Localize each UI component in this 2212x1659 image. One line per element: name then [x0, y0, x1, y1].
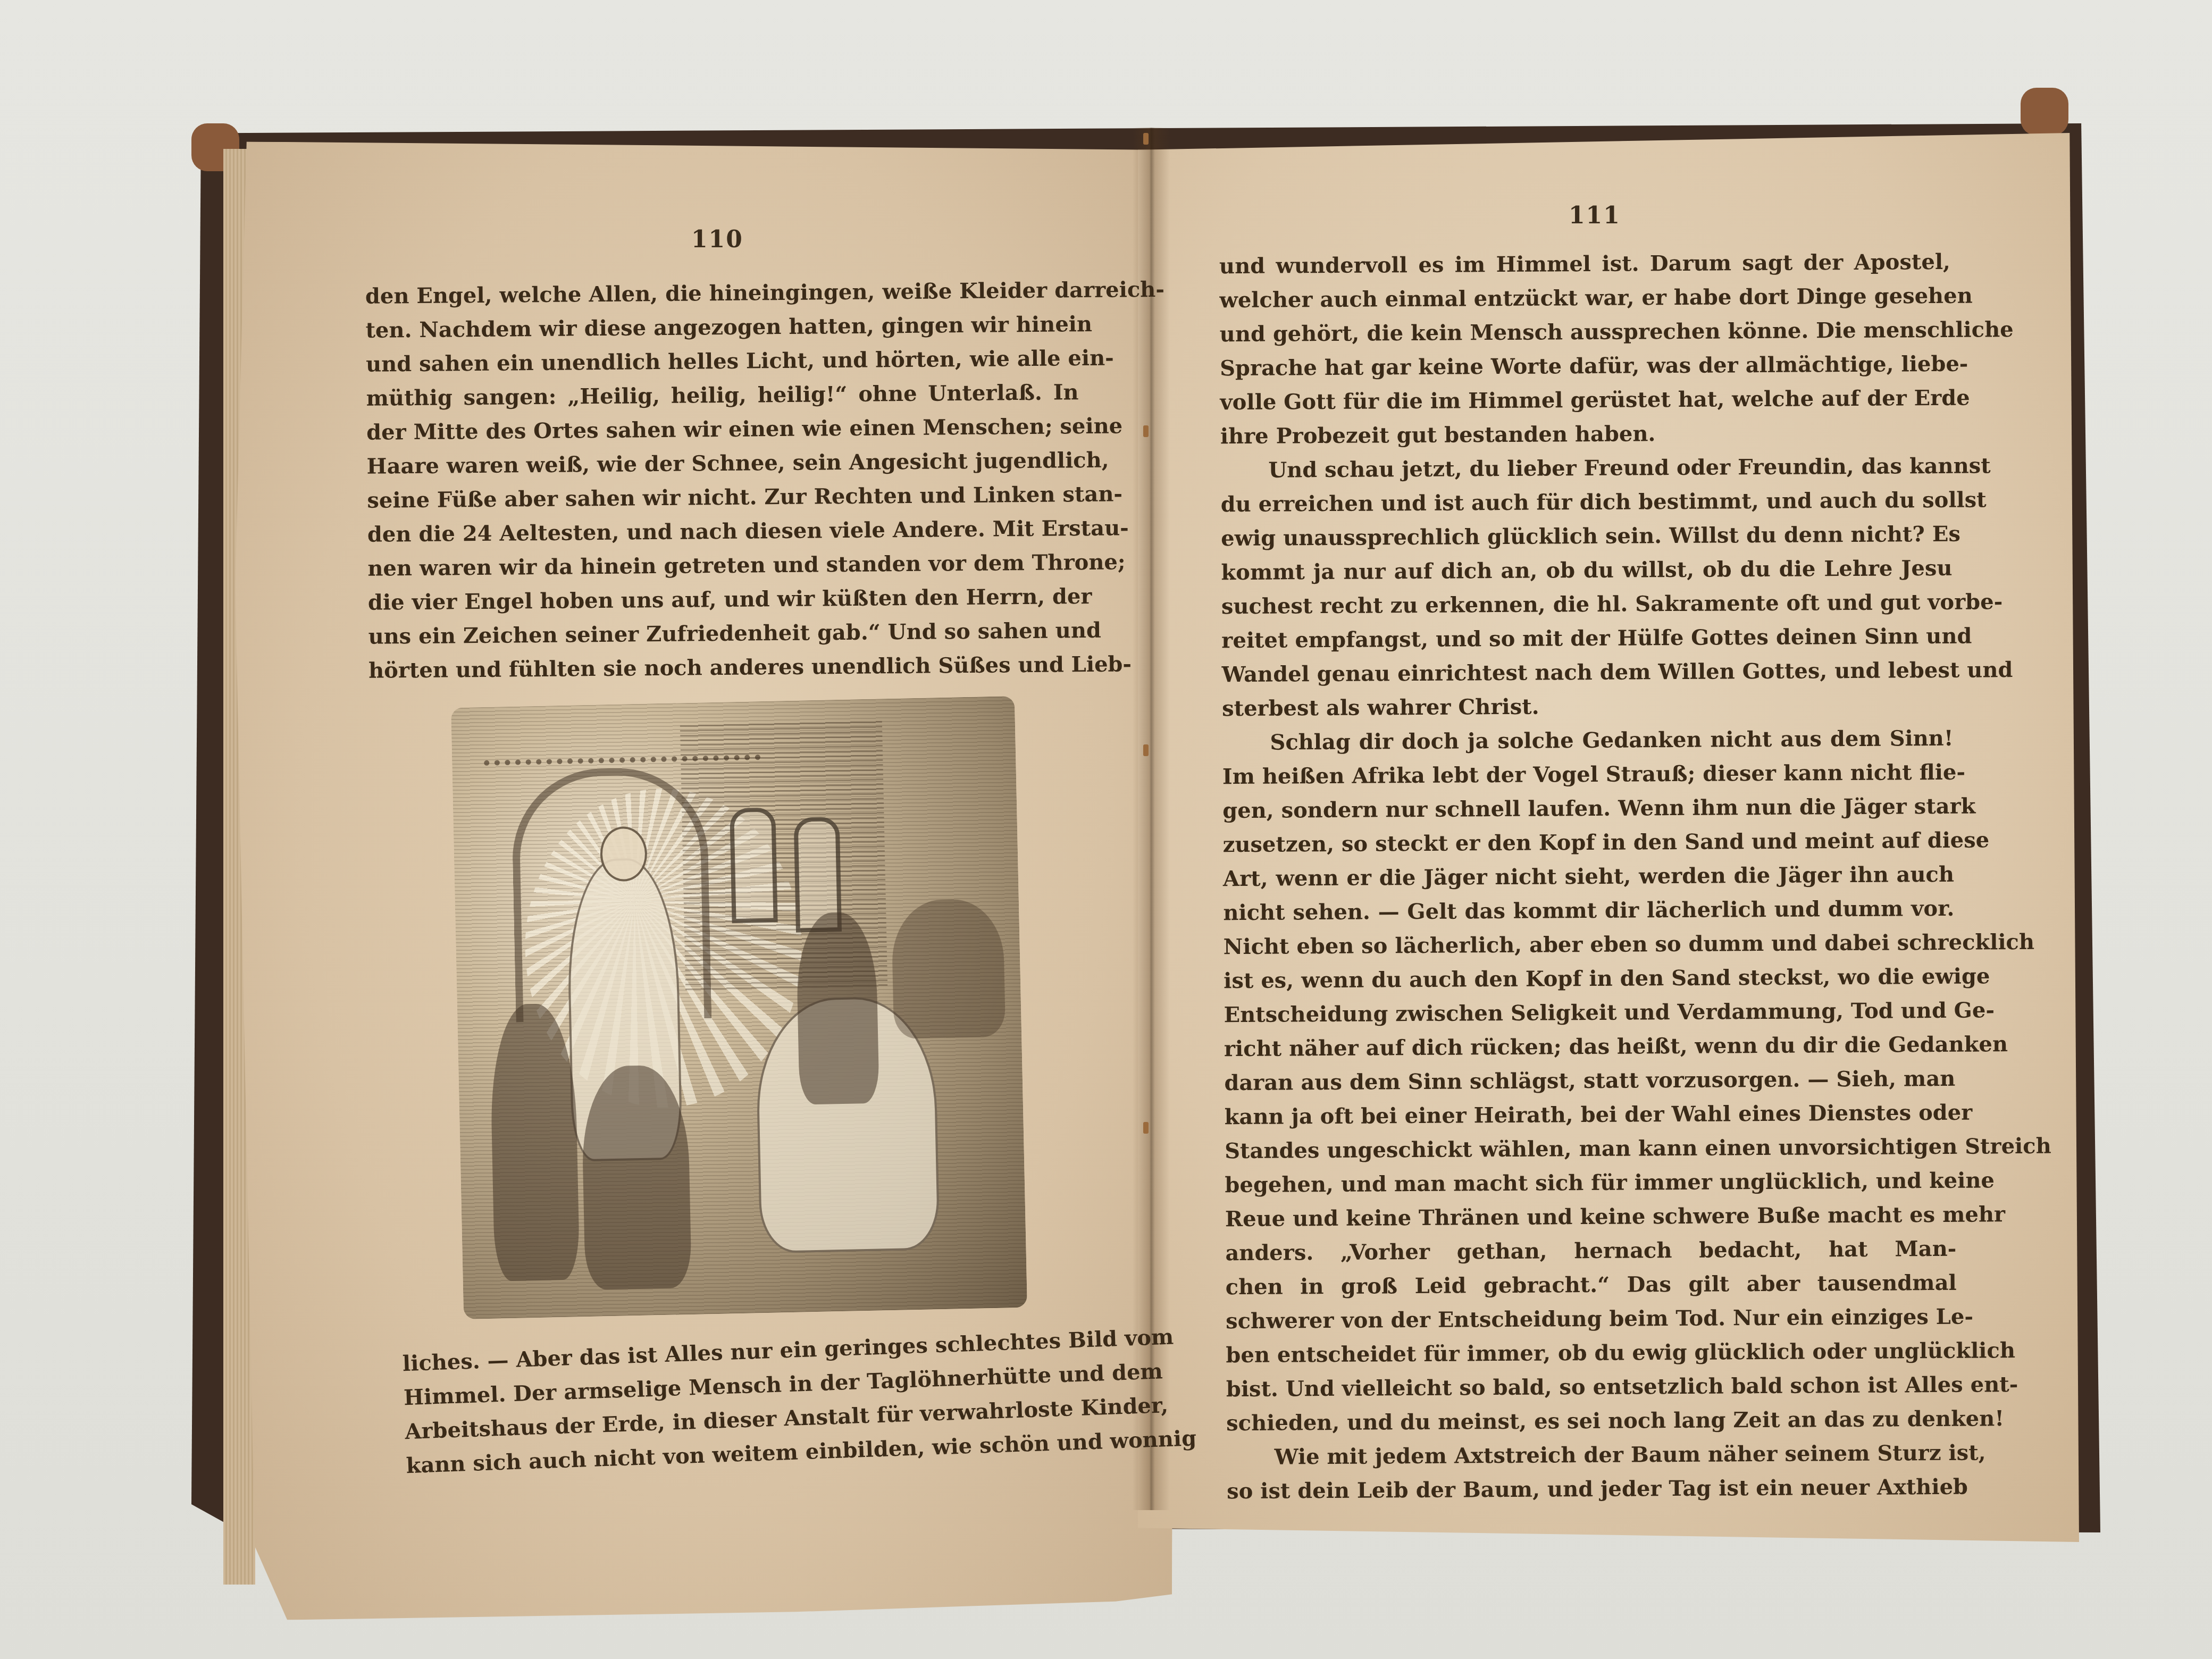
text-line: anders. „Vorher gethan, hernach bedacht,…	[1225, 1232, 1956, 1270]
text-line: Haare waren weiß, wie der Schnee, sein A…	[366, 443, 1079, 484]
text-line: Im heißen Afrika lebt der Vogel Strauß; …	[1222, 756, 1954, 794]
text-line: den Engel, welche Allen, die hineinginge…	[365, 273, 1078, 314]
window	[730, 807, 778, 923]
text-line: Reue und keine Thränen und keine schwere…	[1225, 1198, 1956, 1236]
text-line: bist. Und vielleicht so bald, so entsetz…	[1226, 1368, 1957, 1406]
text-line: du erreichen und ist auch für dich besti…	[1221, 483, 1952, 522]
text-line: Wandel genau einrichtest nach dem Willen…	[1221, 653, 1953, 692]
text-line: begehen, und man macht sich für immer un…	[1225, 1164, 1956, 1202]
text-line: seine Füße aber sahen wir nicht. Zur Rec…	[367, 477, 1080, 518]
text-line: richt näher auf dich rücken; das heißt, …	[1224, 1028, 1955, 1066]
text-line: ist es, wenn du auch den Kopf in den San…	[1224, 960, 1955, 998]
text-line: Wie mit jedem Axtstreich der Baum näher …	[1226, 1436, 1957, 1474]
left-page-text-bottom: liches. — Aber das ist Alles nur ein ger…	[402, 1322, 1113, 1483]
page-number-left: 110	[691, 226, 743, 253]
text-line: den die 24 Aeltesten, und nach diesen vi…	[367, 512, 1080, 552]
text-line: Art, wenn er die Jäger nicht sieht, werd…	[1223, 858, 1954, 896]
binding-stitch	[1143, 425, 1149, 437]
text-line: kann ja oft bei einer Heirath, bei der W…	[1225, 1096, 1956, 1134]
engraving-illustration	[451, 696, 1027, 1319]
text-line: ewig unaussprechlich glücklich sein. Wil…	[1221, 517, 1952, 556]
text-line: kommt ja nur auf dich an, ob du willst, …	[1221, 551, 1952, 590]
cover-corner-top-right	[2021, 88, 2068, 136]
text-line: hörten und fühlten sie noch anderes unen…	[368, 648, 1082, 688]
text-line: der Mitte des Ortes sahen wir einen wie …	[366, 409, 1079, 450]
text-line: Und schau jetzt, du lieber Freund oder F…	[1220, 449, 1951, 488]
standing-woman	[795, 912, 879, 1105]
binding-stitch	[1143, 1122, 1149, 1134]
text-line: so ist dein Leib der Baum, und jeder Tag…	[1227, 1470, 1958, 1509]
text-line: müthig sangen: „Heilig, heilig, heilig!“…	[366, 375, 1079, 416]
text-line: schwerer von der Entscheidung beim Tod. …	[1226, 1300, 1957, 1338]
text-line: Standes ungeschickt wählen, man kann ein…	[1225, 1130, 1956, 1168]
text-line: sterbest als wahrer Christ.	[1222, 688, 1953, 726]
text-line: und wundervoll es im Himmel ist. Darum s…	[1219, 245, 1950, 283]
text-line: Entscheidung zwischen Seligkeit und Verd…	[1224, 994, 1955, 1032]
text-line: und sahen ein unendlich helles Licht, un…	[366, 341, 1079, 382]
binding-stitch	[1143, 133, 1149, 145]
text-line: gen, sondern nur schnell laufen. Wenn ih…	[1222, 790, 1954, 828]
text-line: zusetzen, so steckt er den Kopf in den S…	[1222, 824, 1954, 862]
text-line: die vier Engel hoben uns auf, und wir kü…	[368, 580, 1081, 620]
text-line: Nicht eben so lächerlich, aber eben so d…	[1224, 926, 1955, 964]
kneeling-figure	[581, 1065, 692, 1290]
right-page-text: und wundervoll es im Himmel ist. Darum s…	[1219, 245, 1958, 1509]
background-crowd	[891, 899, 1006, 1039]
binding-stitch	[1143, 744, 1149, 756]
text-line: uns ein Zeichen seiner Zufriedenheit gab…	[368, 614, 1081, 654]
text-line: daran aus dem Sinn schlägst, statt vorzu…	[1224, 1062, 1955, 1100]
page-number-right: 111	[1569, 202, 1621, 229]
text-line: reitet empfangst, und so mit der Hülfe G…	[1221, 619, 1953, 658]
text-line: und gehört, die kein Mensch aussprechen …	[1220, 313, 1951, 351]
text-line: nicht sehen. — Gelt das kommt dir lächer…	[1223, 892, 1954, 930]
left-page-text-top: den Engel, welche Allen, die hineinginge…	[365, 273, 1082, 688]
text-line: Schlag dir doch ja solche Gedanken nicht…	[1222, 722, 1953, 760]
text-line: ten. Nachdem wir diese angezogen hatten,…	[365, 307, 1078, 348]
text-line: welcher auch einmal entzückt war, er hab…	[1219, 279, 1950, 317]
text-line: schieden, und du meinst, es sei noch lan…	[1226, 1402, 1957, 1440]
text-line: volle Gott für die im Himmel gerüstet ha…	[1220, 381, 1951, 420]
text-line: chen in groß Leid gebracht.“ Das gilt ab…	[1226, 1266, 1957, 1304]
text-line: nen waren wir da hinein getreten und sta…	[367, 546, 1080, 586]
text-line: Sprache hat gar keine Worte dafür, was d…	[1220, 347, 1951, 386]
book-gutter	[1133, 128, 1170, 1510]
text-line: suchest recht zu erkennen, die hl. Sakra…	[1221, 585, 1953, 624]
text-line: ihre Probezeit gut bestanden haben.	[1220, 415, 1951, 454]
text-line: ben entscheidet für immer, ob du ewig gl…	[1226, 1334, 1957, 1372]
